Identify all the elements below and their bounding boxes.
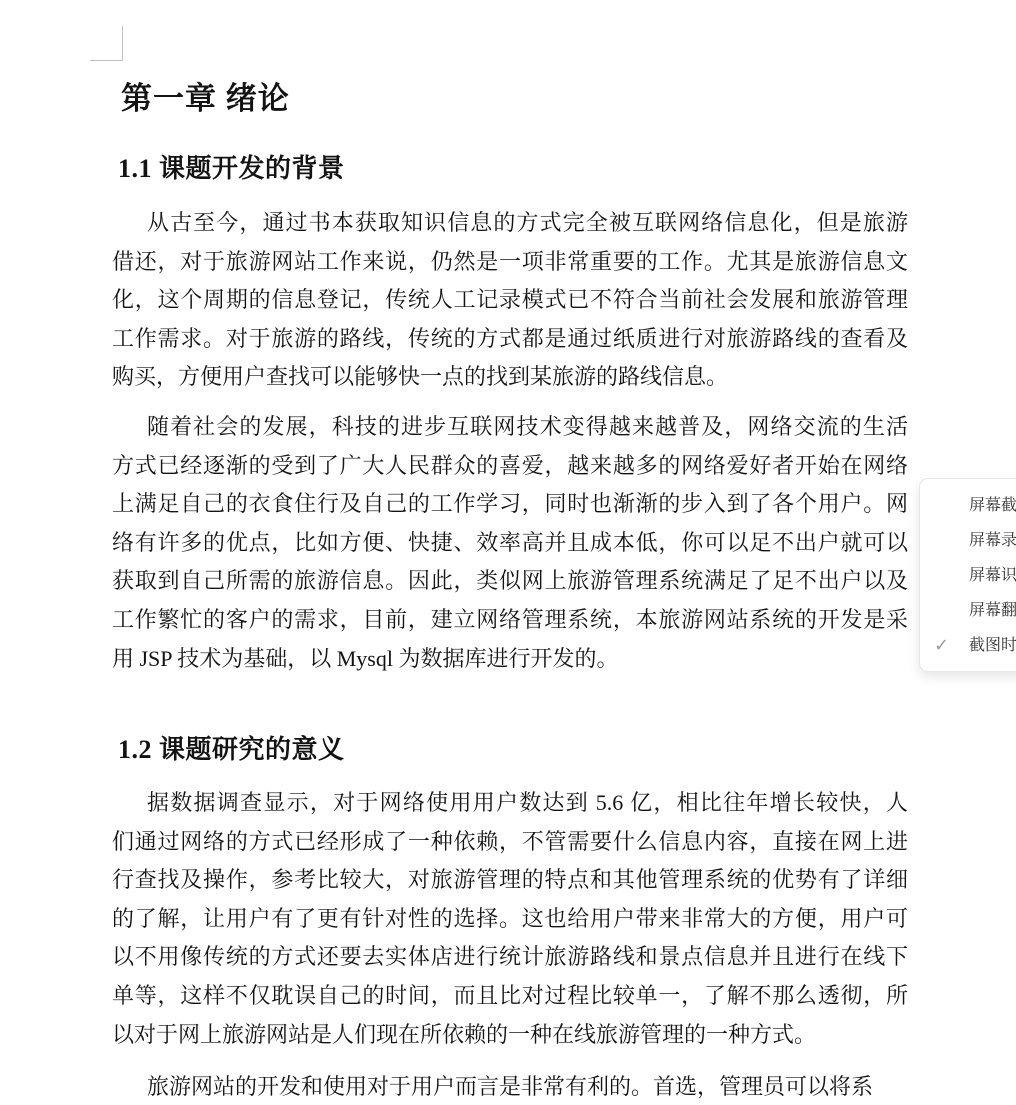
text-line: 以对于网上旅游网站是人们现在所依赖的一种在线旅游管理的一种方式。 — [112, 1016, 908, 1055]
screenshot-context-menu: 屏幕截 屏幕录 屏幕识 屏幕翻 ✓ 截图时 — [919, 478, 1016, 672]
text-line: 借还，对于旅游网站工作来说，仍然是一项非常重要的工作。尤其是旅游信息文 — [112, 243, 908, 282]
menu-item-label: 屏幕翻 — [969, 602, 1016, 619]
page-margin-crop-mark — [122, 26, 123, 60]
page-margin-crop-mark — [90, 60, 123, 61]
paragraph: 从古至今，通过书本获取知识信息的方式完全被互联网络信息化，但是旅游借还，对于旅游… — [112, 204, 908, 397]
menu-item-screenshot-option[interactable]: ✓ 截图时 — [920, 628, 1016, 663]
menu-item-screen-translate[interactable]: 屏幕翻 — [920, 593, 1016, 628]
menu-item-label: 屏幕截 — [969, 497, 1016, 514]
text-line: 以不用像传统的方式还要去实体店进行统计旅游路线和景点信息并且进行在线下 — [112, 938, 908, 977]
paragraph: 随着社会的发展，科技的进步互联网技术变得越来越普及，网络交流的生活方式已经逐渐的… — [112, 408, 908, 678]
text-line: 络有许多的优点，比如方便、快捷、效率高并且成本低，你可以足不出户就可以 — [112, 524, 908, 563]
checkmark-icon: ✓ — [934, 628, 964, 663]
text-line: 方式已经逐渐的受到了广大人民群众的喜爱，越来越多的网络爱好者开始在网络 — [112, 447, 908, 486]
section-heading-1-2: 1.2 课题研究的意义 — [118, 734, 914, 765]
text-line: 行查找及操作，参考比较大，对旅游管理的特点和其他管理系统的优势有了详细 — [112, 861, 908, 900]
text-line: 旅游网站的开发和使用对于用户而言是非常有利的。首选，管理员可以将系 — [112, 1068, 908, 1105]
text-line: 从古至今，通过书本获取知识信息的方式完全被互联网络信息化，但是旅游 — [112, 204, 908, 243]
text-line: 化，这个周期的信息登记，传统人工记录模式已不符合当前社会发展和旅游管理 — [112, 281, 908, 320]
text-line: 上满足自己的衣食住行及自己的工作学习，同时也渐渐的步入到了各个用户。网 — [112, 485, 908, 524]
text-line: 的了解，让用户有了更有针对性的选择。这也给用户带来非常大的方便，用户可 — [112, 900, 908, 939]
menu-item-label: 截图时 — [969, 637, 1016, 654]
menu-item-screen-recognize[interactable]: 屏幕识 — [920, 558, 1016, 593]
menu-item-label: 屏幕录 — [969, 532, 1016, 549]
text-line: 据数据调查显示，对于网络使用用户数达到 5.6 亿，相比往年增长较快，人 — [112, 784, 908, 823]
section-heading-1-1: 1.1 课题开发的背景 — [118, 153, 914, 184]
text-line: 们通过网络的方式已经形成了一种依赖，不管需要什么信息内容，直接在网上进 — [112, 823, 908, 862]
document-page: { "document": { "chapter_title": "第一章 绪论… — [0, 0, 1016, 1105]
menu-item-screen-capture[interactable]: 屏幕截 — [920, 488, 1016, 523]
text-line: 随着社会的发展，科技的进步互联网技术变得越来越普及，网络交流的生活 — [112, 408, 908, 447]
paragraph: 据数据调查显示，对于网络使用用户数达到 5.6 亿，相比往年增长较快，人们通过网… — [112, 784, 908, 1054]
text-line: 购买，方便用户查找可以能够快一点的找到某旅游的路线信息。 — [112, 358, 908, 397]
paragraph: 旅游网站的开发和使用对于用户而言是非常有利的。首选，管理员可以将系 — [112, 1068, 908, 1105]
menu-item-screen-record[interactable]: 屏幕录 — [920, 523, 1016, 558]
chapter-title: 第一章 绪论 — [121, 80, 917, 117]
text-line: 用 JSP 技术为基础，以 Mysql 为数据库进行开发的。 — [112, 640, 908, 679]
menu-item-label: 屏幕识 — [969, 567, 1016, 584]
text-line: 获取到自己所需的旅游信息。因此，类似网上旅游管理系统满足了足不出户以及 — [112, 562, 908, 601]
text-line: 工作需求。对于旅游的路线，传统的方式都是通过纸质进行对旅游路线的查看及 — [112, 320, 908, 359]
text-line: 单等，这样不仅耽误自己的时间，而且比对过程比较单一，了解不那么透彻，所 — [112, 977, 908, 1016]
text-line: 工作繁忙的客户的需求，目前，建立网络管理系统，本旅游网站系统的开发是采 — [112, 601, 908, 640]
